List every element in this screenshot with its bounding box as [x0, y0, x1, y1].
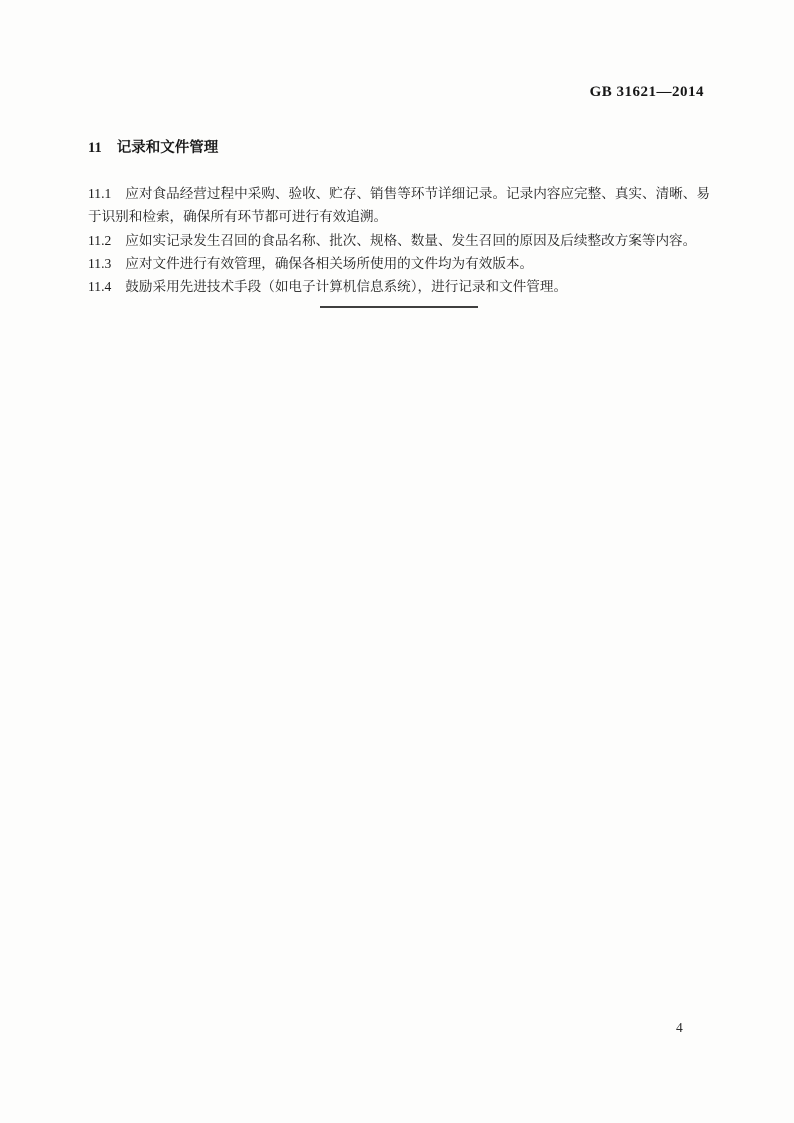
clause-text: 应对食品经营过程中采购、验收、贮存、销售等环节详细记录。记录内容应完整、真实、清… [88, 186, 710, 224]
clause-11-3: 11.3应对文件进行有效管理，确保各相关场所使用的文件均为有效版本。 [88, 252, 710, 275]
section-number: 11 [88, 137, 117, 160]
clause-number: 11.3 [88, 252, 125, 275]
clause-11-4: 11.4鼓励采用先进技术手段（如电子计算机信息系统），进行记录和文件管理。 [88, 275, 710, 298]
clause-text: 鼓励采用先进技术手段（如电子计算机信息系统），进行记录和文件管理。 [125, 279, 567, 294]
section-heading: 11记录和文件管理 [88, 137, 710, 160]
section-title-text: 记录和文件管理 [117, 140, 219, 156]
document-page: GB 31621—2014 11记录和文件管理 11.1应对食品经营过程中采购、… [0, 0, 794, 1123]
clause-number: 11.4 [88, 275, 125, 298]
clause-11-1: 11.1应对食品经营过程中采购、验收、贮存、销售等环节详细记录。记录内容应完整、… [88, 182, 710, 229]
clause-text: 应对文件进行有效管理，确保各相关场所使用的文件均为有效版本。 [125, 256, 533, 271]
end-of-text-rule [320, 306, 478, 308]
standard-number-header: GB 31621—2014 [590, 84, 704, 101]
clause-number: 11.2 [88, 229, 125, 252]
clause-text: 应如实记录发生召回的食品名称、批次、规格、数量、发生召回的原因及后续整改方案等内… [125, 233, 696, 248]
page-number: 4 [676, 1020, 683, 1036]
clause-number: 11.1 [88, 182, 125, 205]
document-body: 11记录和文件管理 11.1应对食品经营过程中采购、验收、贮存、销售等环节详细记… [88, 137, 710, 308]
clause-11-2: 11.2应如实记录发生召回的食品名称、批次、规格、数量、发生召回的原因及后续整改… [88, 229, 710, 252]
